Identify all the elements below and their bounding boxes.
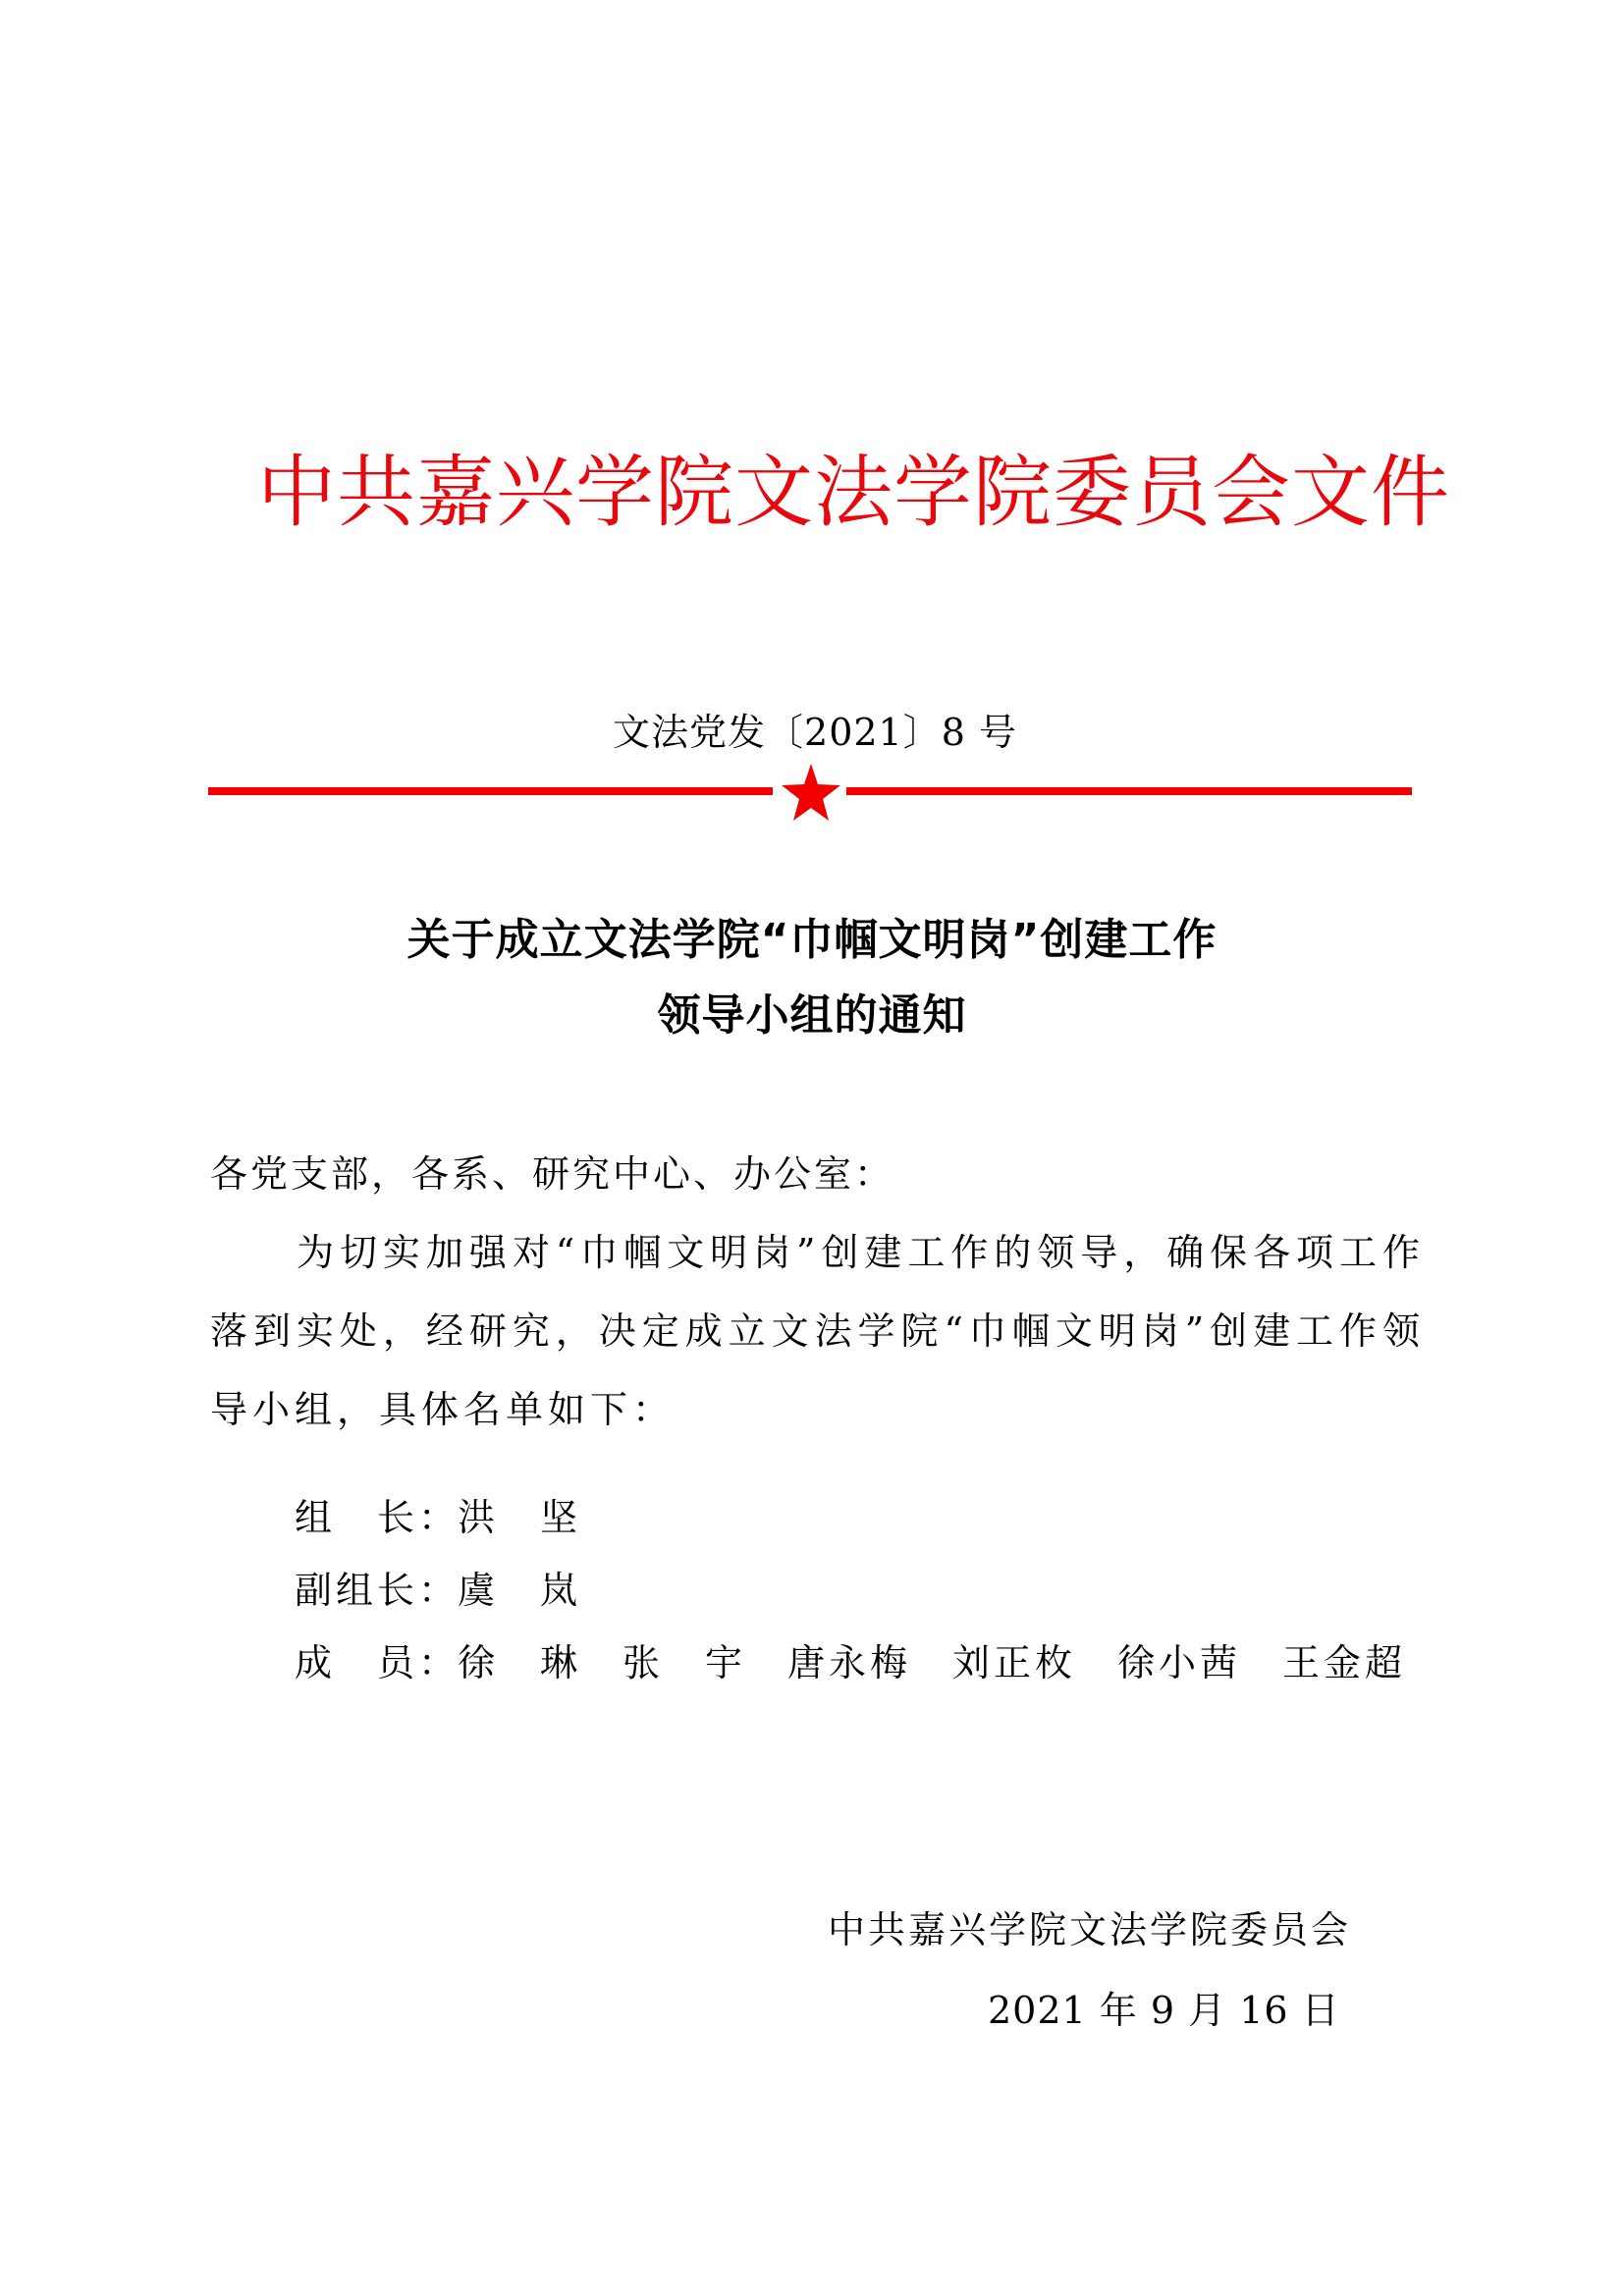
leader-label: 组长： [293,1492,456,1543]
member-name: 王金超 [1280,1637,1404,1688]
paragraph-line-1: 为切实加强对“巾帼文明岗”创建工作的领导，确保各项工作 [297,1227,1422,1278]
notice-title-line-1: 关于成立文法学院“巾帼文明岗”创建工作 [196,911,1428,970]
document-heading: 中共嘉兴学院文法学院委员会文件 [257,444,1377,542]
paragraph-line-3: 导小组，具体名单如下： [210,1384,675,1435]
addressee: 各党支部，各系、研究中心、办公室： [210,1148,894,1200]
document-number: 文法党发〔2021〕8 号 [550,707,1080,758]
member-name: 徐琳 [456,1637,579,1688]
members-row: 成员：徐琳张宇唐永梅刘正枚徐小茜王金超 [293,1637,1404,1688]
notice-title-line-2: 领导小组的通知 [196,987,1428,1045]
issuer-signature: 中共嘉兴学院文法学院委员会 [828,1904,1351,1955]
deputy-label: 副组长： [293,1565,456,1616]
star-icon [782,764,840,821]
red-rule-right [846,787,1412,795]
group-leader-row: 组长：洪坚 [293,1492,579,1543]
deputy-name: 虞岚 [456,1565,579,1616]
members-label: 成员： [293,1637,456,1688]
leader-name: 洪坚 [456,1492,579,1543]
paragraph-line-2: 落到实处，经研究，决定成立文法学院“巾帼文明岗”创建工作领 [210,1306,1422,1357]
deputy-leader-row: 副组长：虞岚 [293,1565,579,1616]
member-name: 张宇 [621,1637,744,1688]
member-name: 刘正枚 [950,1637,1074,1688]
red-rule-left [208,787,773,795]
member-name: 徐小茜 [1115,1637,1239,1688]
issue-date: 2021 年 9 月 16 日 [988,1985,1340,2036]
member-name: 唐永梅 [785,1637,909,1688]
